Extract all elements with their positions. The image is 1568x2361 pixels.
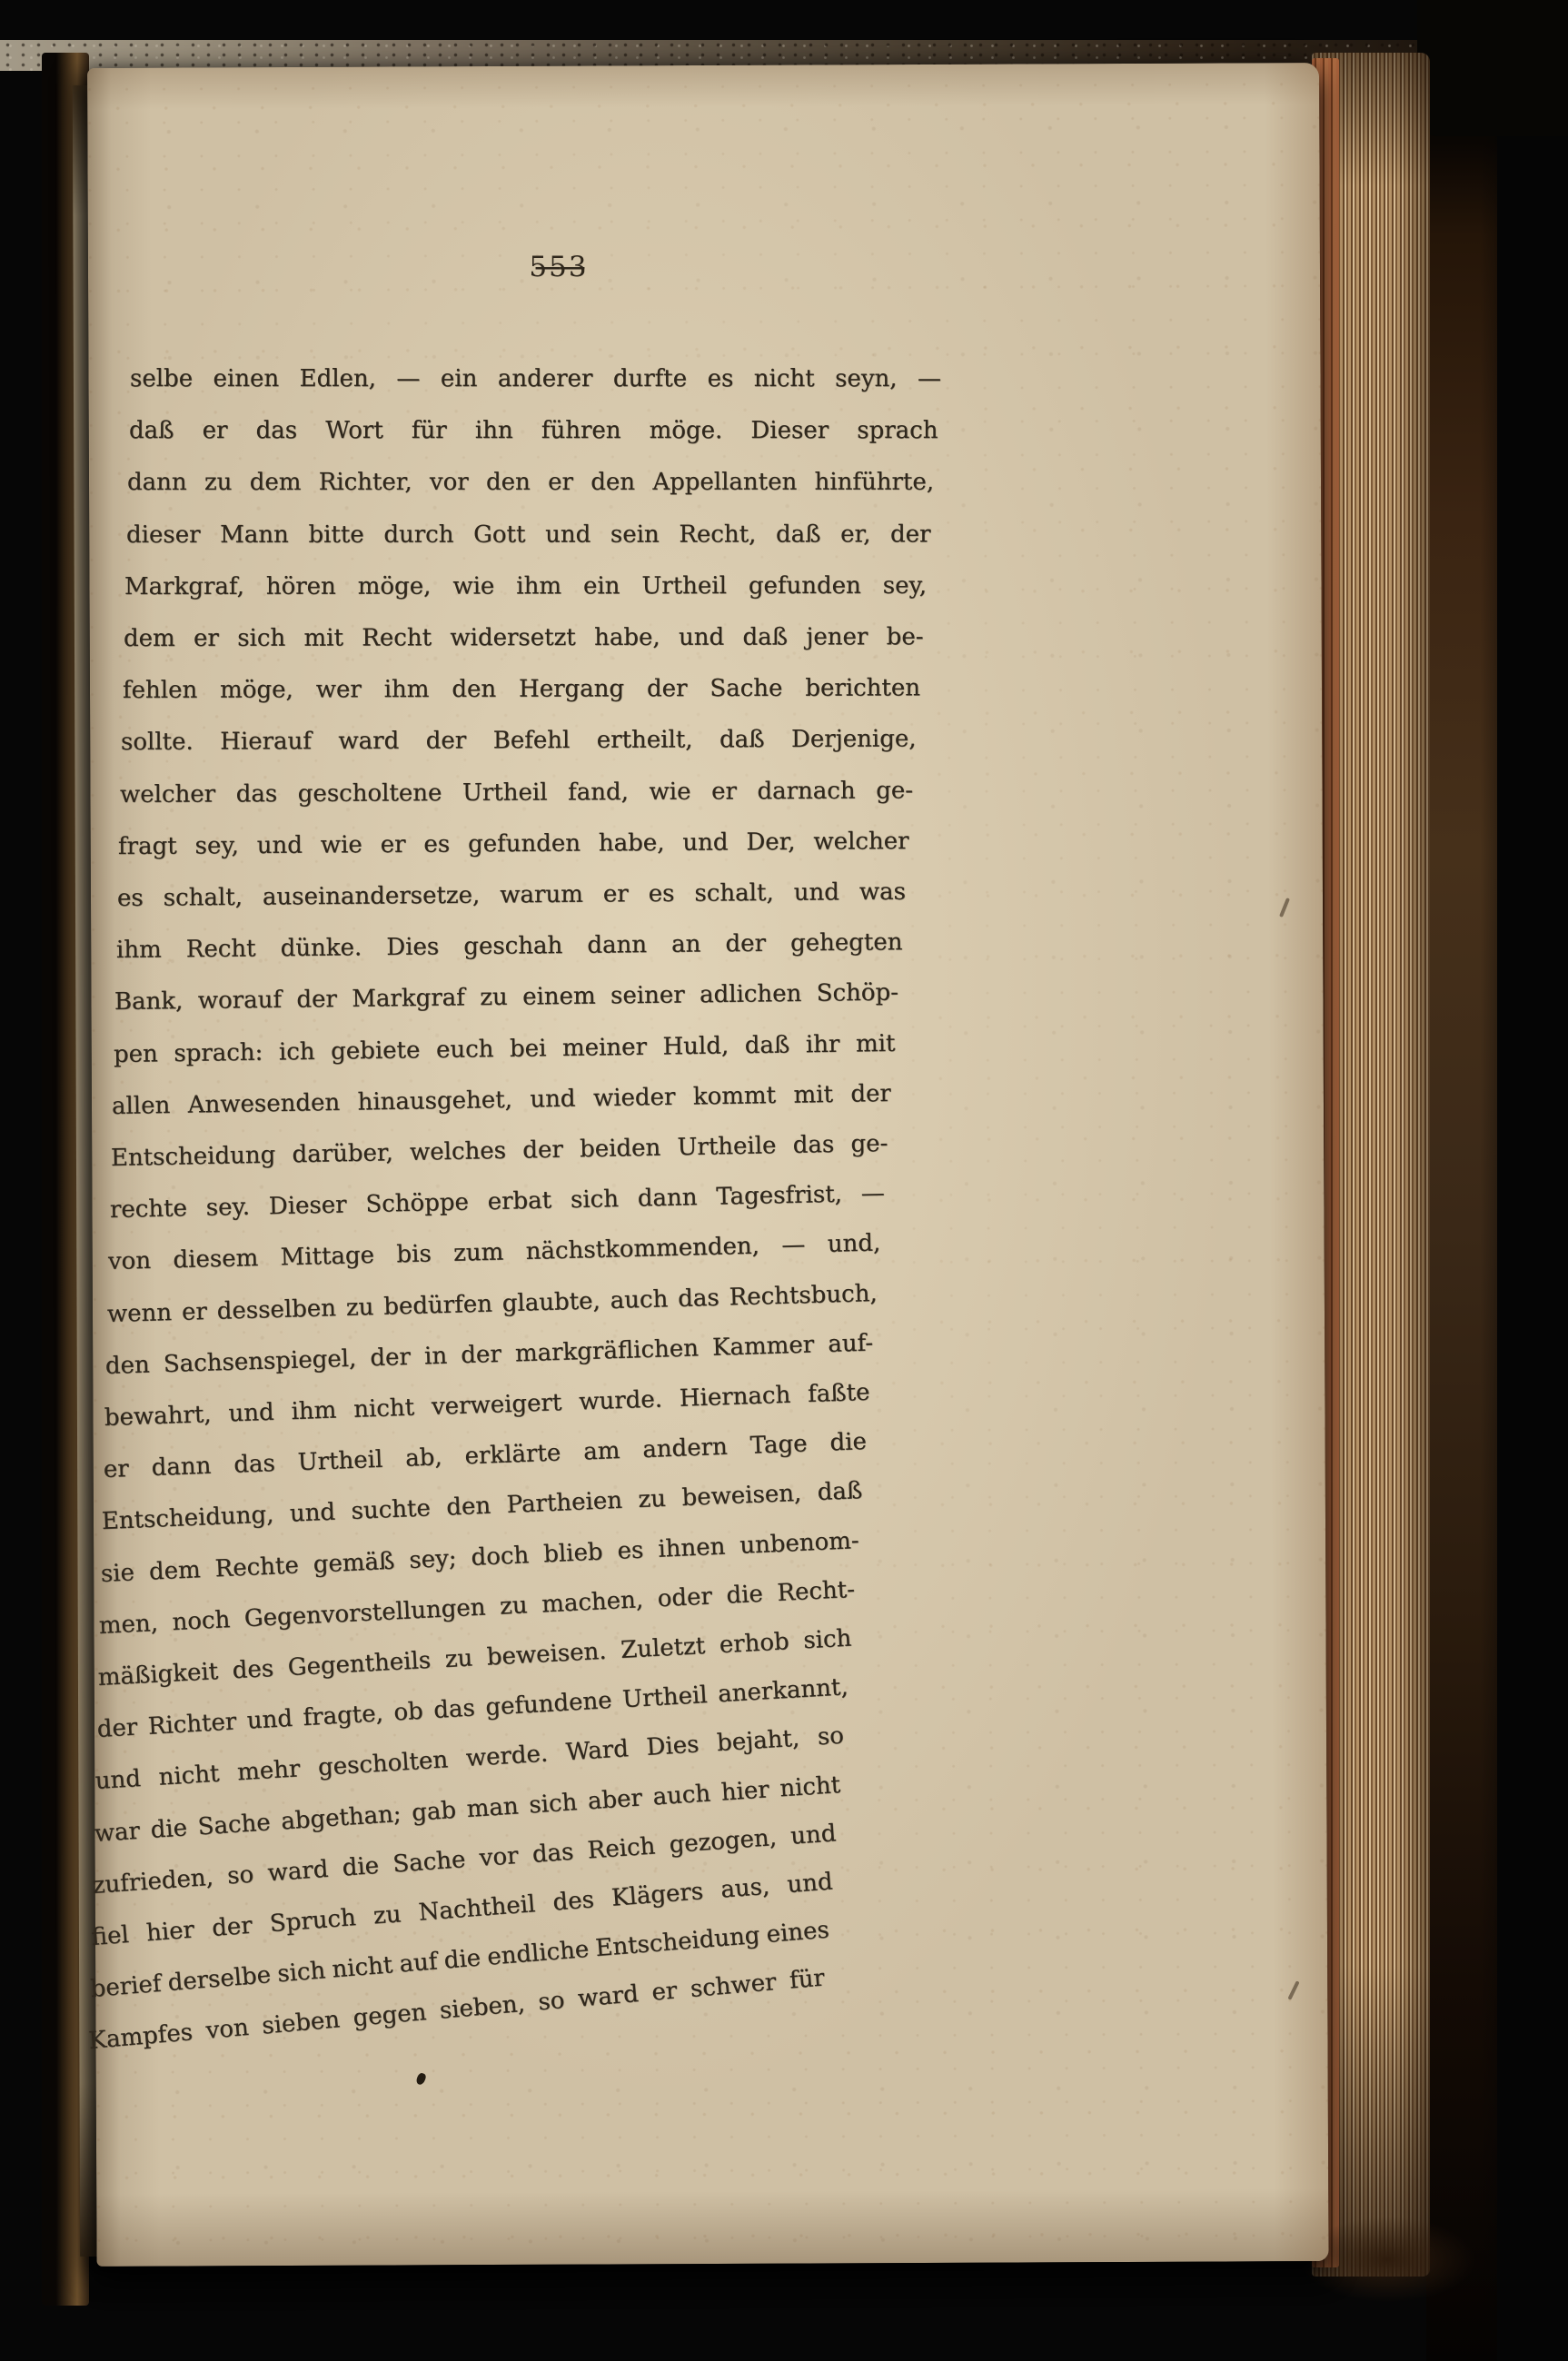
text-line: dann zu dem Richter, vor den er den Appe… bbox=[127, 464, 934, 506]
text-line: pen sprach: ich gebiete euch bei meiner … bbox=[113, 1025, 895, 1077]
text-line: selbe einen Edlen, — ein anderer durfte … bbox=[130, 361, 941, 402]
text-line: dieser Mann bitte durch Gott und sein Re… bbox=[126, 516, 931, 559]
text-line: ihm Recht dünke. Dies geschah dann an de… bbox=[115, 924, 902, 974]
text-line: es schalt, auseinandersetze, warum er es… bbox=[117, 874, 906, 922]
text-line: daß er das Wort für ihn führen möge. Die… bbox=[129, 412, 938, 454]
scanned-book-page: —— 553 —— selbe einen Edlen, — ein ander… bbox=[0, 0, 1568, 2361]
text-line: dem er sich mit Recht widersetzt habe, u… bbox=[124, 619, 924, 662]
text-line: von diesem Mittage bis zum nächstkommend… bbox=[108, 1225, 881, 1286]
text-line: Bank, worauf der Markgraf zu einem seine… bbox=[114, 975, 898, 1026]
text-line: sollte. Hierauf ward der Befehl ertheilt… bbox=[121, 721, 917, 767]
text-line: welcher das gescholtene Urtheil fand, wi… bbox=[120, 772, 913, 818]
text-line: Entscheidung darüber, welches der beiden… bbox=[111, 1126, 888, 1182]
text-line: rechte sey. Dieser Schöppe erbat sich da… bbox=[109, 1176, 885, 1234]
text-block: selbe einen Edlen, — ein anderer durfte … bbox=[0, 0, 1568, 2361]
text-line: Markgraf, hören möge, wie ihm ein Urthei… bbox=[124, 568, 927, 610]
text-line: allen Anwesenden hinausgehet, und wieder… bbox=[112, 1076, 892, 1130]
text-line: fragt sey, und wie er es gefunden habe, … bbox=[118, 823, 909, 870]
text-line: fehlen möge, wer ihm den Hergang der Sac… bbox=[123, 670, 920, 715]
